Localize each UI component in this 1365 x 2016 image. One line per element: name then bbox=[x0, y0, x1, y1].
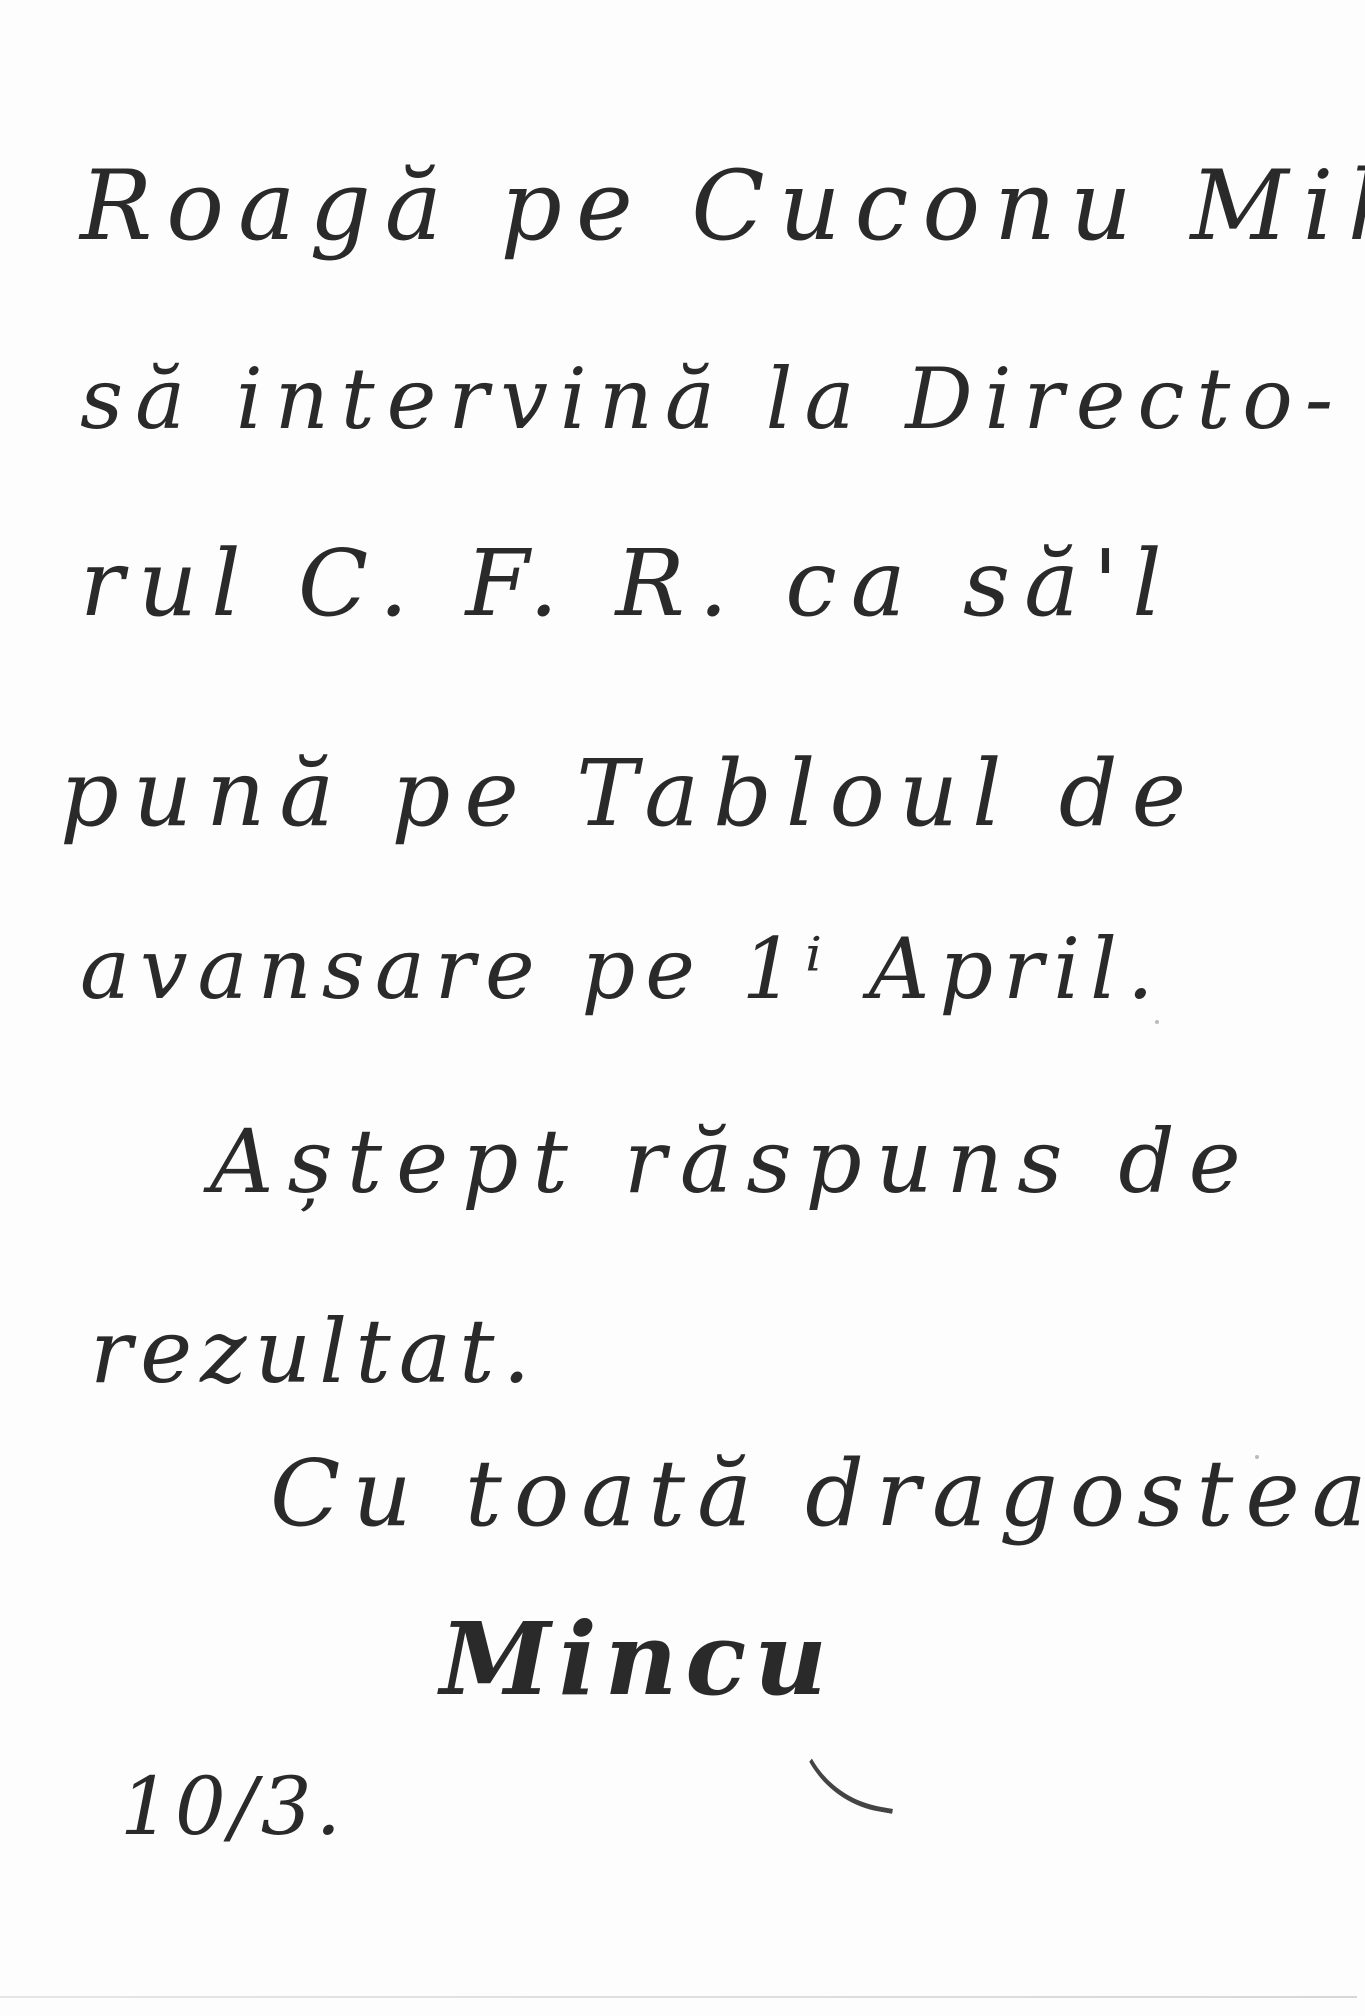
letter-line-3: rul C. F. R. ca să'l bbox=[80, 530, 1176, 637]
paper-speck bbox=[1155, 1020, 1159, 1024]
letter-line-6: Aștept răspuns de bbox=[210, 1110, 1255, 1213]
letter-line-7: rezultat. bbox=[90, 1300, 539, 1403]
signature-flourish-icon bbox=[781, 1681, 912, 1814]
page-edge bbox=[0, 1996, 1357, 1998]
letter-date: 10/3. bbox=[120, 1760, 345, 1853]
closing-line: Cu toată dragostea bbox=[270, 1440, 1365, 1547]
letter-line-2: să intervină la Directo- bbox=[80, 350, 1345, 448]
paper-speck bbox=[1255, 1455, 1259, 1459]
letter-page: Roagă pe Cuconu Mihalache să intervină l… bbox=[0, 0, 1365, 2016]
letter-line-5: avansare pe 1ⁱ April. bbox=[80, 920, 1164, 1018]
signature: Mincu bbox=[440, 1600, 835, 1718]
letter-line-1: Roagă pe Cuconu Mihalache bbox=[80, 150, 1365, 262]
letter-line-4: pună pe Tabloul de bbox=[60, 740, 1200, 847]
